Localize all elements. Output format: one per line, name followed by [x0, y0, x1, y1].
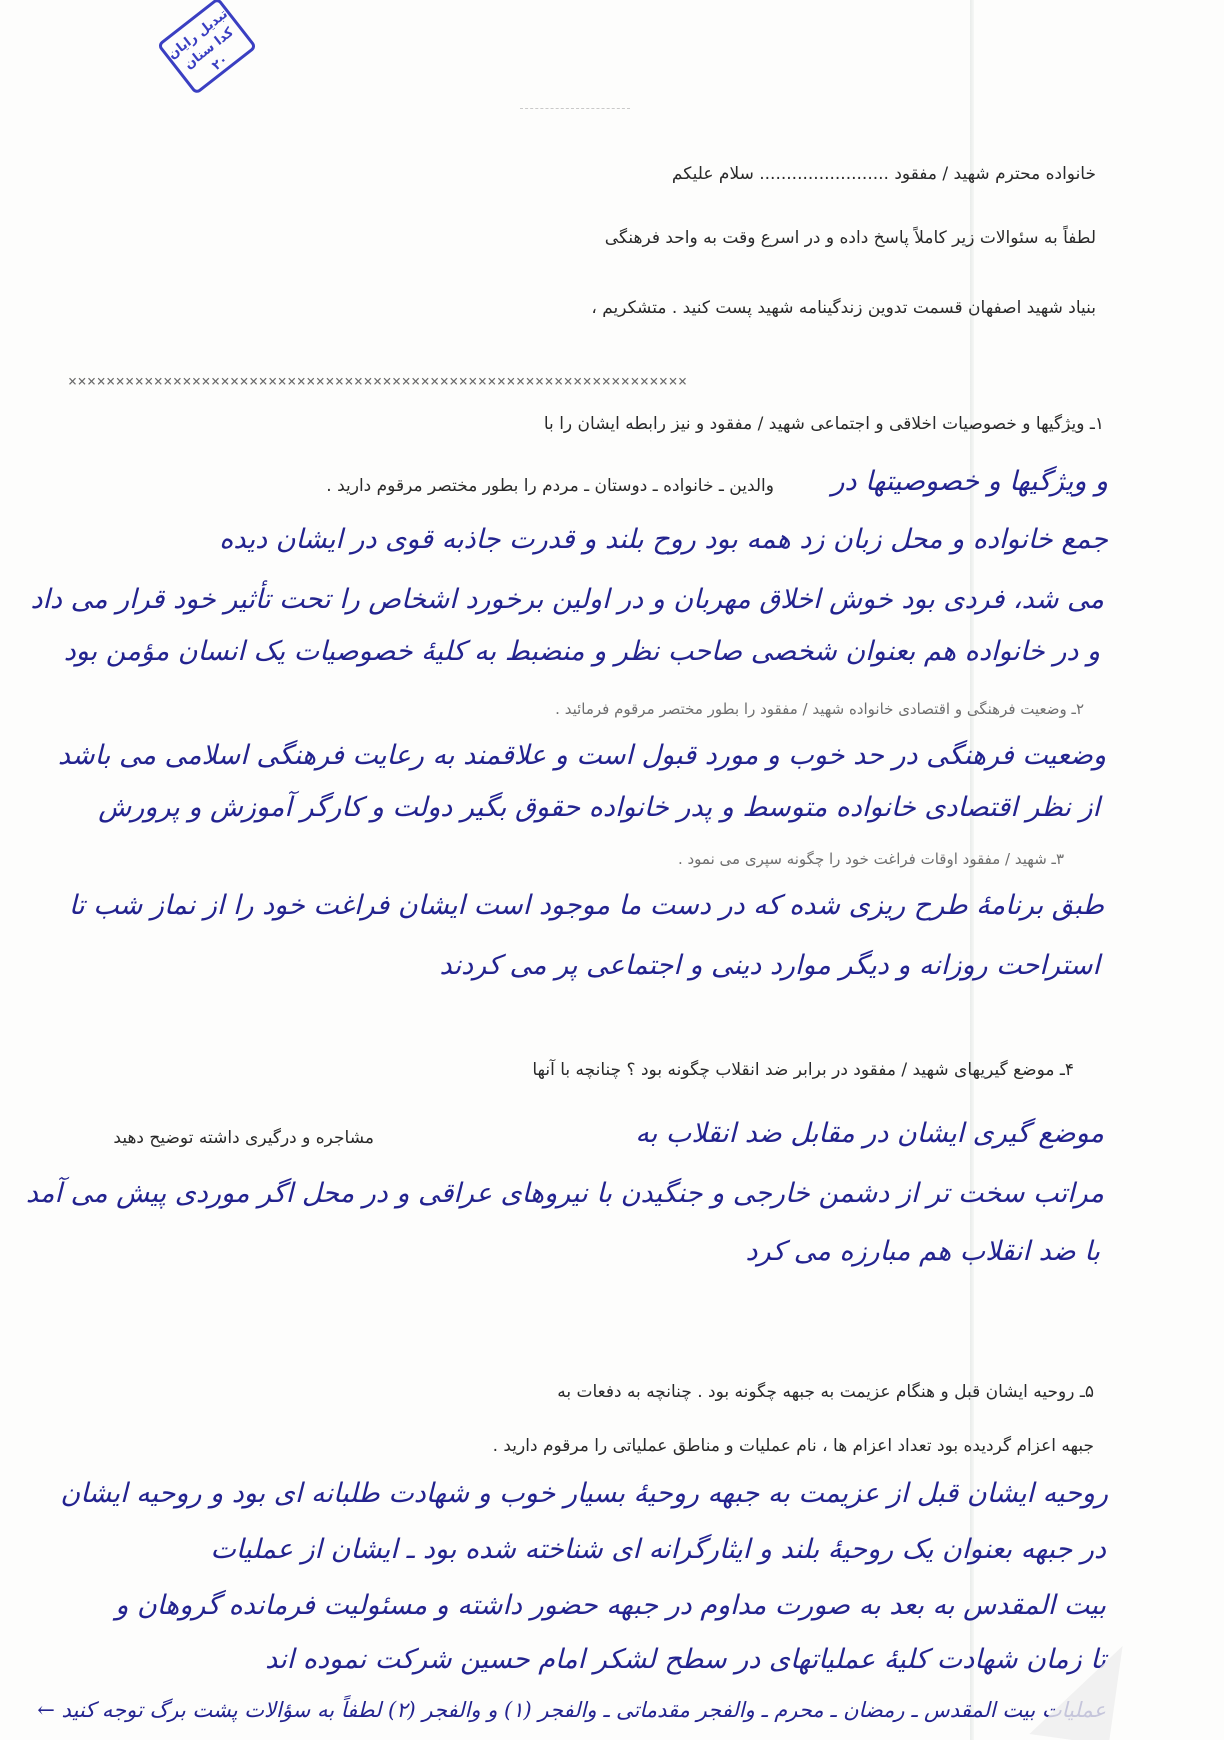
- question-1-line-1: ۱ـ ویژگیها و خصوصیات اخلاقی و اجتماعی شه…: [544, 414, 1104, 434]
- instruction-line-1: لطفاً به سئوالات زیر کاملاً پاسخ داده و …: [605, 228, 1096, 248]
- instruction-line-2: بنیاد شهید اصفهان قسمت تدوین زندگینامه ش…: [591, 298, 1096, 318]
- answer-3-line-1: طبق برنامهٔ طرح ریزی شده که در دست ما مو…: [69, 890, 1104, 921]
- question-4-line-1: ۴ـ موضع گیریهای شهید / مفقود در برابر ضد…: [532, 1060, 1074, 1080]
- salutation: خانواده محترم شهید / مفقود .............…: [672, 164, 1096, 184]
- answer-2-line-2: از نظر اقتصادی خانواده متوسط و پدر خانوا…: [98, 792, 1100, 823]
- cross-separator: ××××××××××××××××××××××××××××××××××××××××…: [68, 372, 1018, 390]
- answer-1-line-1: و ویژگیها و خصوصیتها در: [831, 466, 1108, 497]
- answer-1-line-3: می شد، فردی بود خوش اخلاق مهربان و در او…: [30, 584, 1104, 615]
- answer-4-line-3: با ضد انقلاب هم مبارزه می کرد: [745, 1236, 1100, 1267]
- answer-3-line-2: استراحت روزانه و دیگر موارد دینی و اجتما…: [439, 950, 1100, 981]
- question-1-line-2: والدین ـ خانواده ـ دوستان ـ مردم را بطور…: [326, 476, 774, 496]
- answer-1-line-4: و در خانواده هم بعنوان شخصی صاحب نظر و م…: [64, 636, 1100, 667]
- scanned-document-page: تبدیل رایان کدا سنان ۲۰ خانواده محترم شه…: [0, 0, 1224, 1740]
- answer-5-line-1: روحیه ایشان قبل از عزیمت به جبهه روحیهٔ …: [60, 1478, 1108, 1509]
- answer-5-line-3: بیت المقدس به بعد به صورت مداوم در جبهه …: [115, 1590, 1106, 1621]
- top-divider: [520, 108, 630, 109]
- question-4-line-2: مشاجره و درگیری داشته توضیح دهید: [113, 1128, 374, 1148]
- question-5-line-1: ۵ـ روحیه ایشان قبل و هنگام عزیمت به جبهه…: [557, 1382, 1094, 1402]
- question-3-line-1: ۳ـ شهید / مفقود اوقات فراغت خود را چگونه…: [678, 850, 1064, 868]
- question-5-line-2: جبهه اعزام گردیده بود تعداد اعزام ها ، ن…: [493, 1436, 1094, 1456]
- answer-5-line-5: عملیات بیت المقدس ـ رمضان ـ محرم ـ والفج…: [37, 1698, 1106, 1722]
- blue-stamp: تبدیل رایان کدا سنان ۲۰: [157, 0, 258, 95]
- folded-corner: [1029, 1635, 1122, 1740]
- answer-4-line-2: مراتب سخت تر از دشمن خارجی و جنگیدن با ن…: [26, 1178, 1104, 1209]
- answer-1-line-2: جمع خانواده و محل زبان زد همه بود روح بل…: [219, 524, 1108, 555]
- answer-2-line-1: وضعیت فرهنگی در حد خوب و مورد قبول است و…: [58, 740, 1106, 771]
- answer-4-line-1: موضع گیری ایشان در مقابل ضد انقلاب به: [635, 1118, 1104, 1149]
- question-2-line-1: ۲ـ وضعیت فرهنگی و اقتصادی خانواده شهید /…: [555, 700, 1084, 718]
- answer-5-line-4: تا زمان شهادت کلیهٔ عملیاتهای در سطح لشک…: [265, 1644, 1106, 1675]
- answer-5-line-2: در جبهه بعنوان یک روحیهٔ بلند و ایثارگرا…: [210, 1534, 1106, 1565]
